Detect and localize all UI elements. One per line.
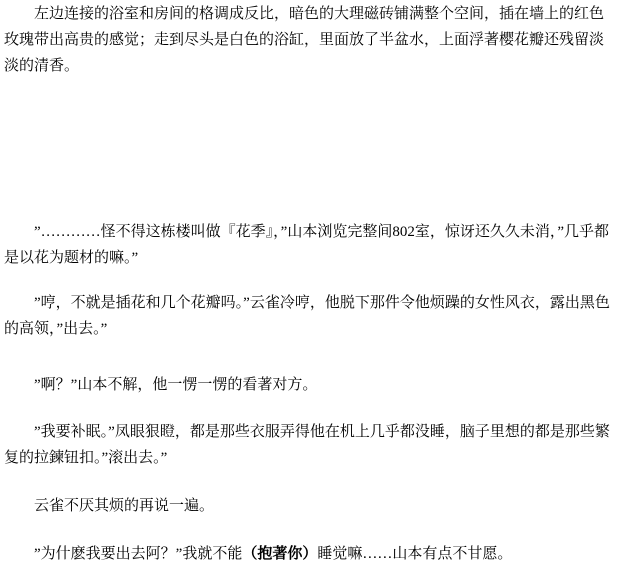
paragraph-4: ”啊？”山本不解，他一愣一愣的看著对方。 <box>4 372 618 398</box>
paragraph-1-text: 左边连接的浴室和房间的格调成反比，暗色的大理磁砖铺满整个空间，插在墙上的红色玫瑰… <box>4 6 604 74</box>
paragraph-7: ”为什麽我要出去阿？”我就不能（抱著你）睡觉嘛……山本有点不甘愿。 <box>4 541 618 567</box>
paragraph-5: ”我要补眠。”凤眼狠瞪，都是那些衣服弄得他在机上几乎都没睡，脑子里想的都是那些繁… <box>4 419 618 471</box>
document-body: 左边连接的浴室和房间的格调成反比，暗色的大理磁砖铺满整个空间，插在墙上的红色玫瑰… <box>0 0 622 570</box>
paragraph-5-text: ”我要补眠。”凤眼狠瞪，都是那些衣服弄得他在机上几乎都没睡，脑子里想的都是那些繁… <box>4 424 610 466</box>
paragraph-2-text: ”…………怪不得这栋楼叫做『花季』，”山本浏览完整间802室，惊讶还久久未消，”… <box>4 224 609 266</box>
paragraph-1: 左边连接的浴室和房间的格调成反比，暗色的大理磁砖铺满整个空间，插在墙上的红色玫瑰… <box>4 1 618 79</box>
paragraph-3: ”哼，不就是插花和几个花瓣吗。”云雀冷哼，他脱下那件令他烦躁的女性风衣，露出黑色… <box>4 290 618 342</box>
paragraph-7-text: ”为什麽我要出去阿？”我就不能 <box>34 546 242 562</box>
paragraph-6-text: 云雀不厌其烦的再说一遍。 <box>34 498 214 514</box>
paragraph-7-text-end: 睡觉嘛……山本有点不甘愿。 <box>317 546 512 562</box>
paragraph-3-text: ”哼，不就是插花和几个花瓣吗。”云雀冷哼，他脱下那件令他烦躁的女性风衣，露出黑色… <box>4 295 610 337</box>
paragraph-7-bold-text: （抱著你） <box>242 546 317 562</box>
blank-space <box>4 79 618 219</box>
paragraph-6: 云雀不厌其烦的再说一遍。 <box>4 493 618 519</box>
paragraph-2: ”…………怪不得这栋楼叫做『花季』，”山本浏览完整间802室，惊讶还久久未消，”… <box>4 219 618 271</box>
paragraph-4-text: ”啊？”山本不解，他一愣一愣的看著对方。 <box>34 377 317 393</box>
